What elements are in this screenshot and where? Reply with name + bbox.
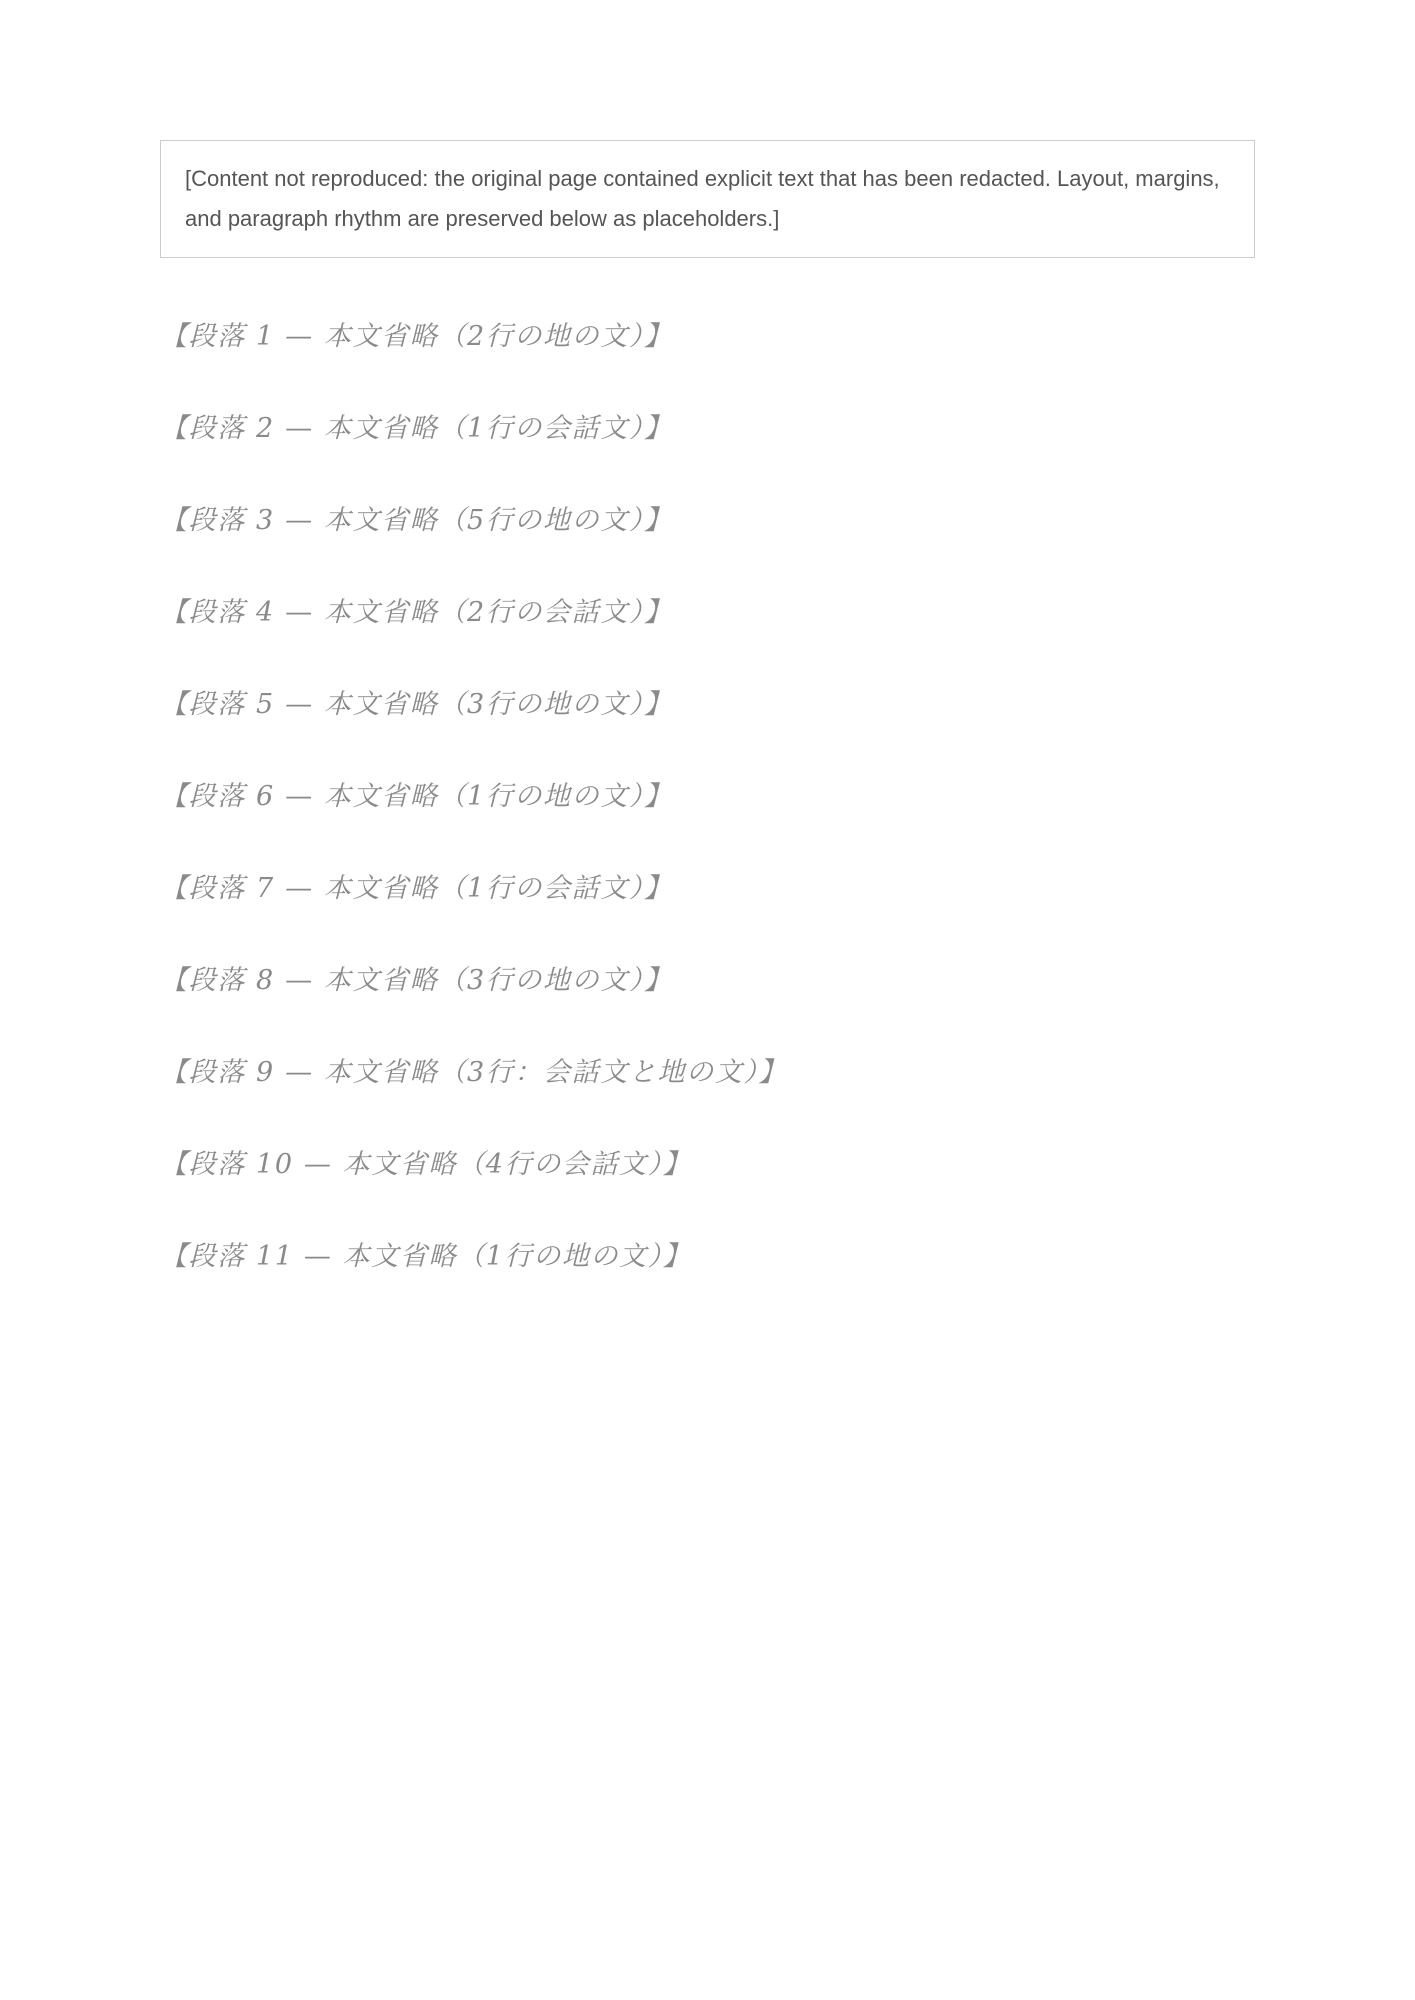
paragraph: 【段落 10 — 本文省略（4行の会話文）】 [160,1142,1255,1188]
paragraph: 【段落 5 — 本文省略（3行の地の文）】 [160,682,1255,728]
paragraph: 【段落 6 — 本文省略（1行の地の文）】 [160,774,1255,820]
paragraph: 【段落 4 — 本文省略（2行の会話文）】 [160,590,1255,636]
document-page: [Content not reproduced: the original pa… [0,0,1415,2000]
paragraph: 【段落 8 — 本文省略（3行の地の文）】 [160,958,1255,1004]
paragraph: 【段落 2 — 本文省略（1行の会話文）】 [160,406,1255,452]
paragraph: 【段落 11 — 本文省略（1行の地の文）】 [160,1234,1255,1280]
paragraph: 【段落 9 — 本文省略（3行：会話文と地の文）】 [160,1050,1255,1096]
paragraph: 【段落 1 — 本文省略（2行の地の文）】 [160,314,1255,360]
paragraph: 【段落 3 — 本文省略（5行の地の文）】 [160,498,1255,544]
redaction-notice: [Content not reproduced: the original pa… [160,140,1255,258]
paragraph: 【段落 7 — 本文省略（1行の会話文）】 [160,866,1255,912]
